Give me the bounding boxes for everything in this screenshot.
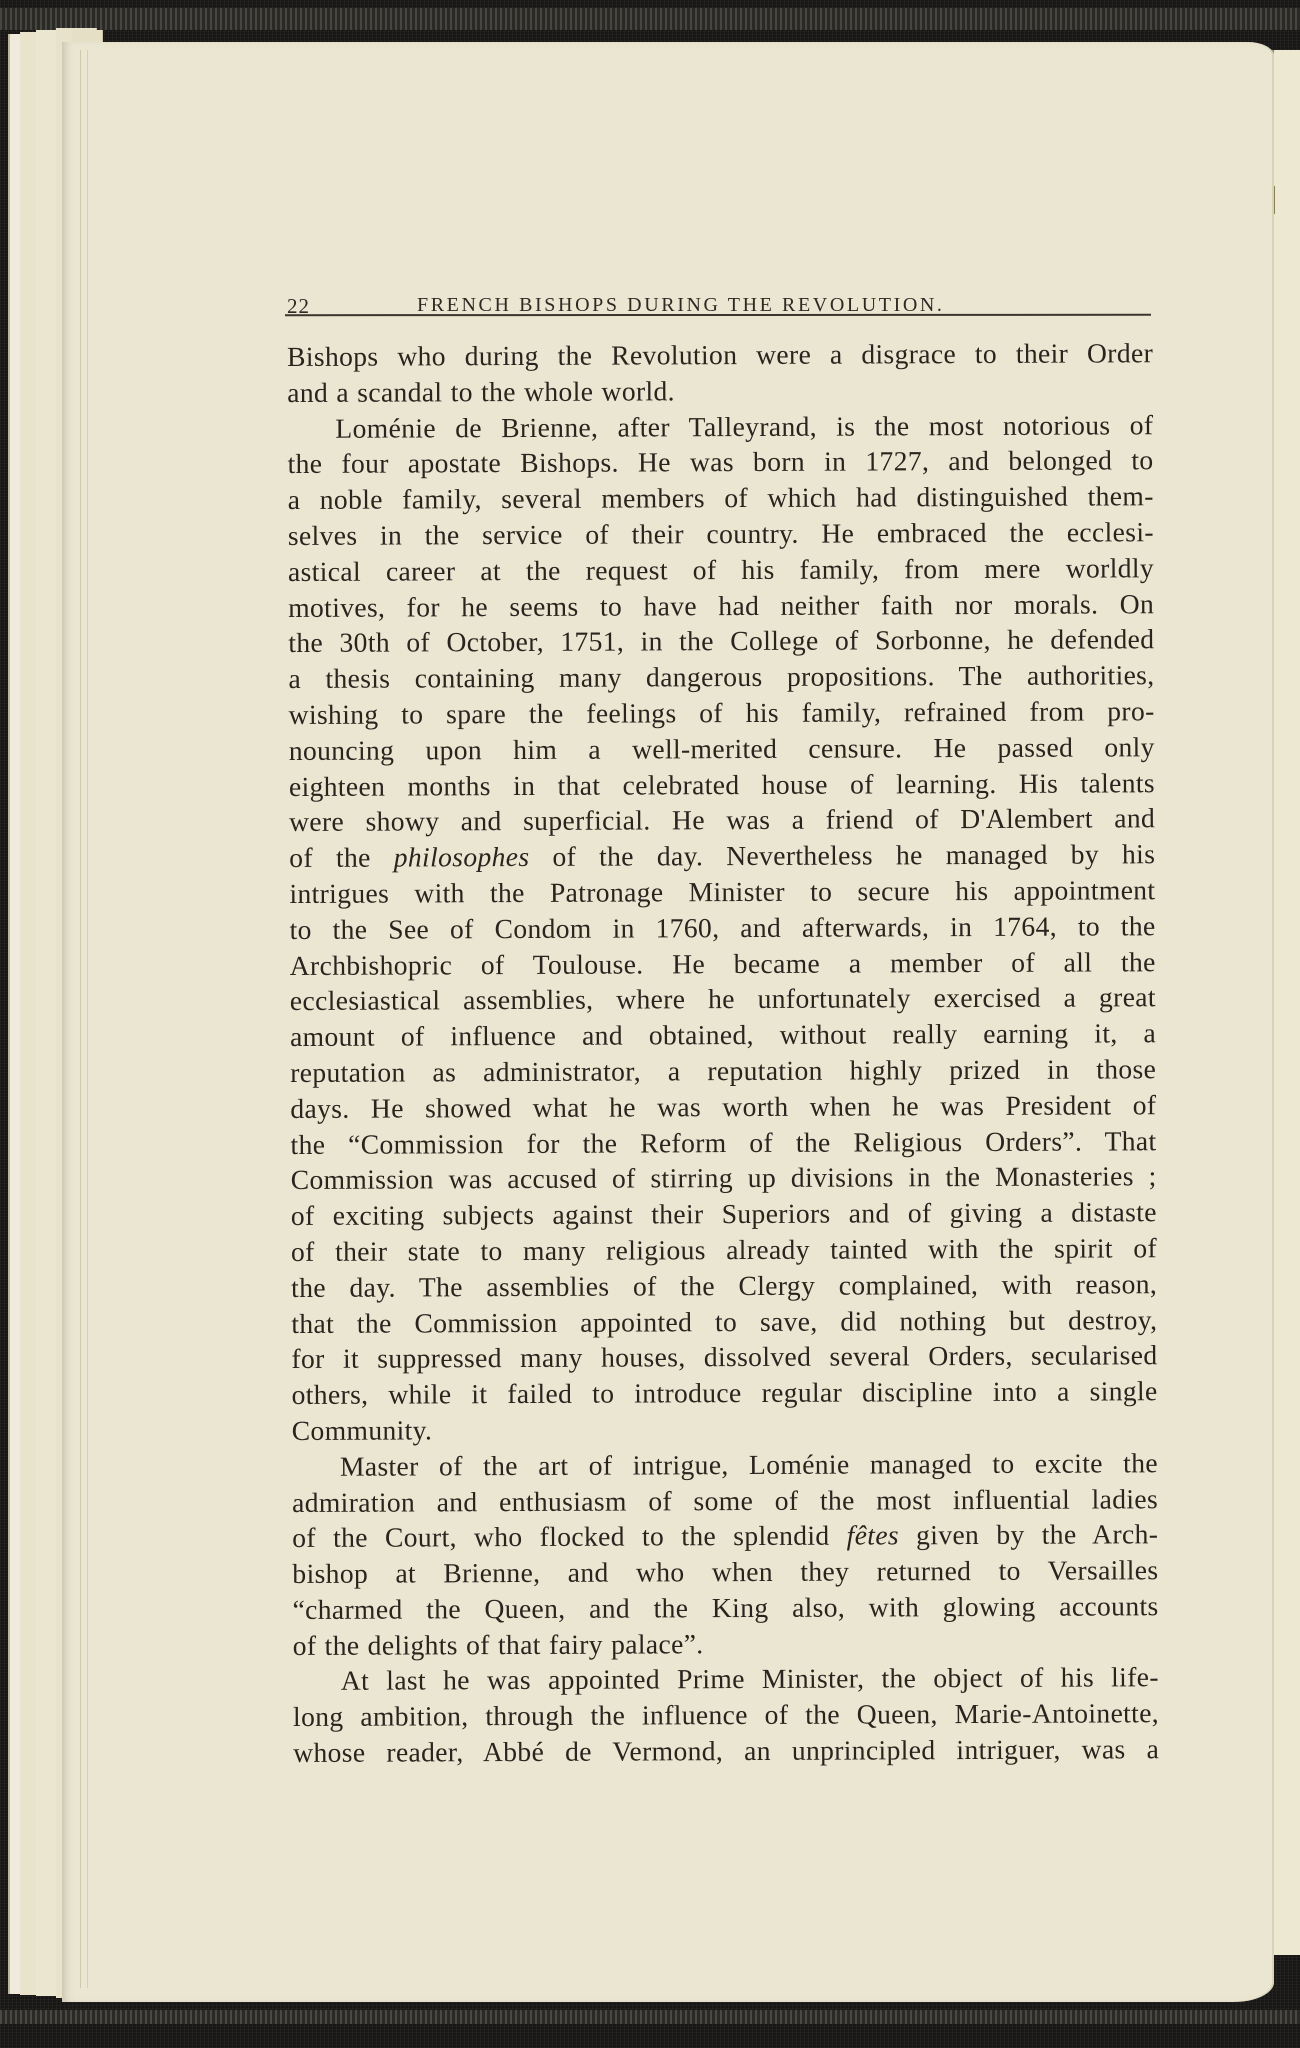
text-line: of the Court, who flocked to the splendi… bbox=[292, 1517, 1158, 1557]
text-line: others, while it failed to introduce reg… bbox=[292, 1373, 1158, 1413]
text-line: reputation as administrator, a reputatio… bbox=[290, 1051, 1156, 1091]
text-line: a thesis containing many dangerous propo… bbox=[288, 657, 1154, 697]
text-line: nouncing upon him a well-merited censure… bbox=[289, 729, 1155, 769]
text-line: days. He showed what he was worth when h… bbox=[290, 1087, 1156, 1127]
text-line: a noble family, several members of which… bbox=[288, 478, 1154, 518]
text-line: motives, for he seems to have had neithe… bbox=[288, 586, 1154, 626]
text-line: to the See of Condom in 1760, and afterw… bbox=[289, 908, 1155, 948]
text-line: At last he was appointed Prime Minister,… bbox=[293, 1660, 1159, 1700]
text-line: intrigues with the Patronage Minister to… bbox=[289, 872, 1155, 912]
body-text: Bishops who during the Revolution were a… bbox=[287, 335, 1159, 1771]
text-line: “charmed the Queen, and the King also, w… bbox=[292, 1588, 1158, 1628]
text-line: admiration and enthusiasm of some of the… bbox=[292, 1481, 1158, 1521]
text-line: Archbishopric of Toulouse. He became a m… bbox=[290, 944, 1156, 984]
text-line: selves in the service of their country. … bbox=[288, 514, 1154, 554]
text-line: the 30th of October, 1751, in the Colleg… bbox=[288, 622, 1154, 662]
book-binding-top bbox=[0, 8, 1300, 30]
text-segment: of the bbox=[289, 842, 394, 873]
book-page: 22 FRENCH BISHOPS DURING THE REVOLUTION.… bbox=[62, 42, 1274, 2002]
text-line: the “Commission for the Reform of the Re… bbox=[290, 1123, 1156, 1163]
text-line: amount of influence and obtained, withou… bbox=[290, 1015, 1156, 1055]
text-line: bishop at Brienne, and who when they ret… bbox=[292, 1552, 1158, 1592]
text-segment: of the day. Nevertheless he managed by h… bbox=[529, 838, 1155, 872]
text-line: were showy and superficial. He was a fri… bbox=[289, 801, 1155, 841]
text-line: and a scandal to the whole world. bbox=[287, 371, 1153, 411]
text-line: wishing to spare the feelings of his fam… bbox=[289, 693, 1155, 733]
text-line: of exciting subjects against their Super… bbox=[291, 1194, 1157, 1234]
text-segment: of the Court, who flocked to the splendi… bbox=[292, 1520, 847, 1553]
text-line: of their state to many religious already… bbox=[291, 1230, 1157, 1270]
text-segment: given by the Arch- bbox=[899, 1519, 1158, 1551]
text-line: the four apostate Bishops. He was born i… bbox=[287, 443, 1153, 483]
text-line: for it suppressed many houses, dissolved… bbox=[291, 1338, 1157, 1378]
text-line: eighteen months in that celebrated house… bbox=[289, 765, 1155, 805]
text-line: Community. bbox=[292, 1409, 1158, 1449]
text-line: of the philosophes of the day. Neverthel… bbox=[289, 836, 1155, 876]
book-binding-bottom bbox=[0, 2010, 1300, 2024]
text-line: Commission was accused of stirring up di… bbox=[291, 1159, 1157, 1199]
text-line: Master of the art of intrigue, Loménie m… bbox=[292, 1445, 1158, 1485]
text-line: astical career at the request of his fam… bbox=[288, 550, 1154, 590]
page-gutter bbox=[80, 50, 88, 1988]
text-line: the day. The assemblies of the Clergy co… bbox=[291, 1266, 1157, 1306]
text-line: long ambition, through the influence of … bbox=[293, 1695, 1159, 1735]
next-page-edge bbox=[1272, 50, 1300, 1955]
text-line: ecclesiastical assemblies, where he unfo… bbox=[290, 980, 1156, 1020]
italic-term: fêtes bbox=[847, 1520, 899, 1551]
text-line: of the delights of that fairy palace”. bbox=[293, 1624, 1159, 1664]
text-line: Bishops who during the Revolution were a… bbox=[287, 335, 1153, 375]
text-line: that the Commission appointed to save, d… bbox=[291, 1302, 1157, 1342]
running-head: 22 FRENCH BISHOPS DURING THE REVOLUTION. bbox=[287, 294, 1151, 328]
text-line: Loménie de Brienne, after Talleyrand, is… bbox=[287, 407, 1153, 447]
text-line: whose reader, Abbé de Vermond, an unprin… bbox=[293, 1731, 1159, 1771]
italic-term: philosophes bbox=[394, 841, 530, 873]
